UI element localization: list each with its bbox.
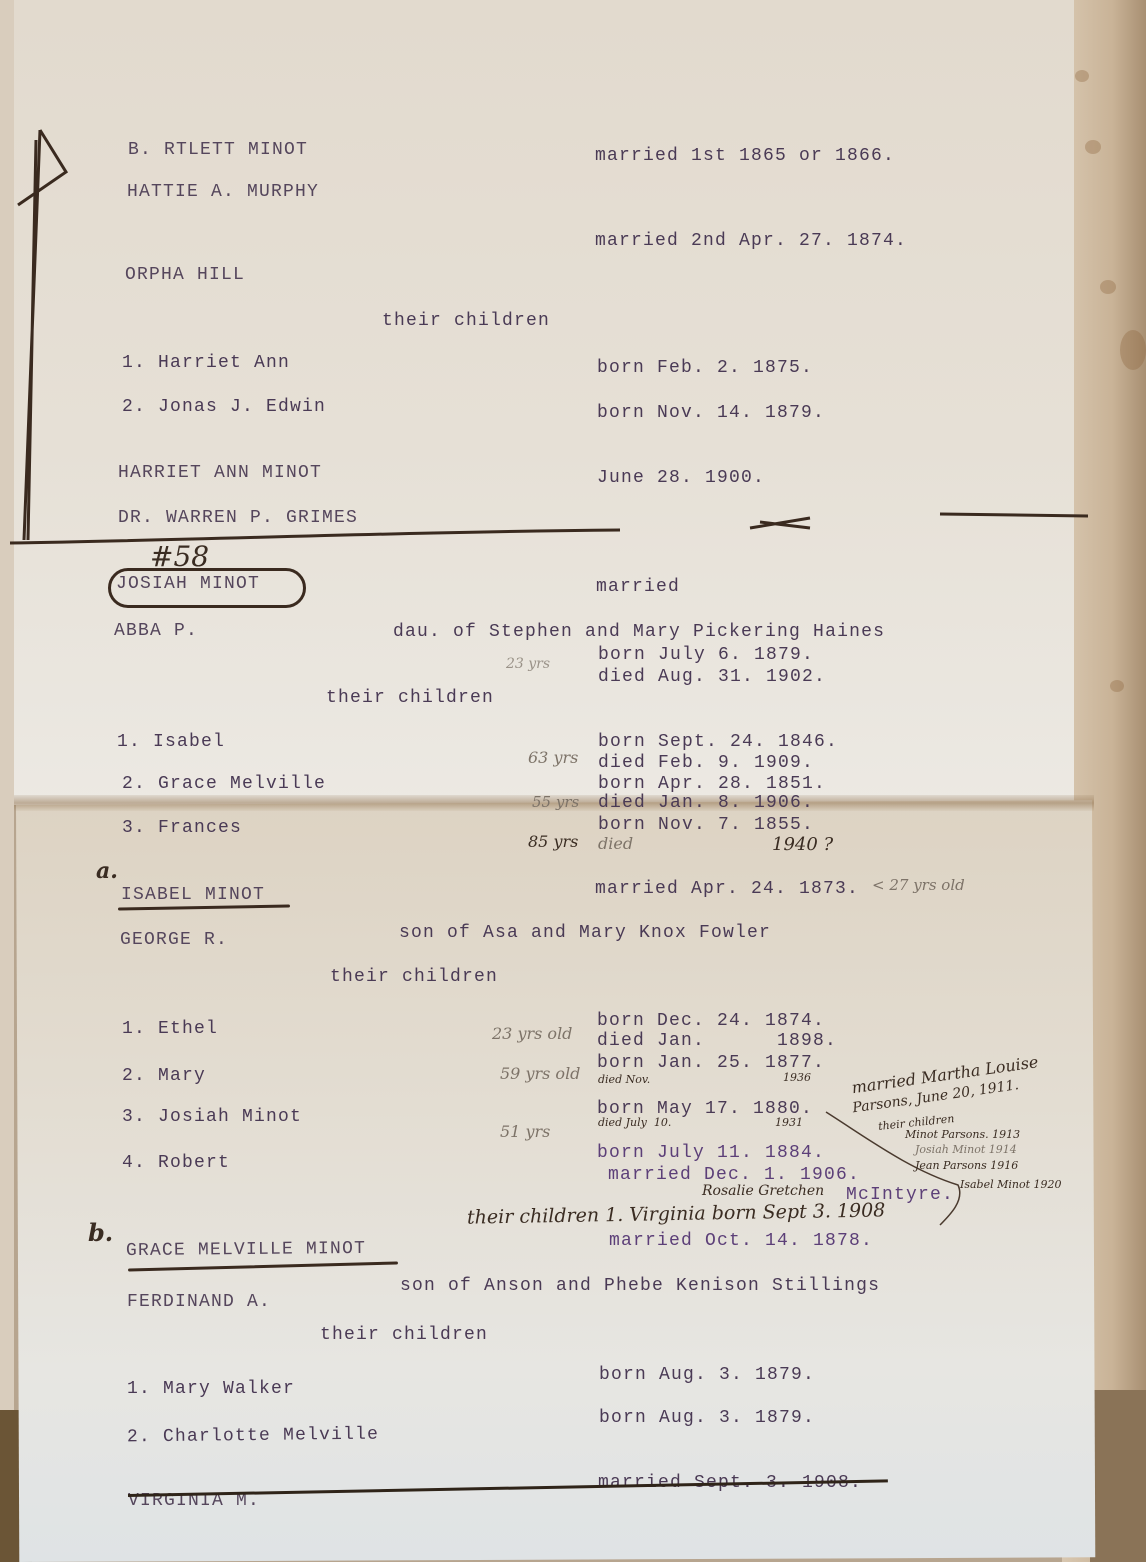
wife-age-note: 23 yrs — [506, 656, 550, 672]
married-date: married Apr. 24. 1873. — [595, 879, 859, 899]
wife-parents: dau. of Stephen and Mary Pickering Haine… — [393, 622, 885, 642]
background-left — [0, 0, 14, 1562]
marriage-date: June 28. 1900. — [597, 468, 765, 488]
child-name: 2. Mary — [122, 1066, 206, 1086]
child-born: born Sept. 24. 1846. — [598, 732, 838, 752]
children-heading: their children — [326, 688, 494, 708]
child-name: 2. Charlotte Melville — [127, 1425, 379, 1448]
background-table — [1090, 1390, 1146, 1562]
child-name: 1. Mary Walker — [127, 1379, 295, 1399]
child-born: born Apr. 28. 1851. — [598, 774, 826, 794]
section-marker: b. — [88, 1218, 113, 1247]
child-died-year: 1940 ? — [772, 834, 833, 855]
stain — [1075, 70, 1089, 82]
child-died: died Jan. 8. 1906. — [598, 793, 814, 813]
child-born: born Aug. 3. 1879. — [599, 1365, 815, 1385]
marriage-bride: HARRIET ANN MINOT — [118, 463, 322, 483]
child-name: 4. Robert — [122, 1153, 230, 1173]
second-marriage-date: married 2nd Apr. 27. 1874. — [595, 231, 907, 251]
note-line: Isabel Minot 1920 — [960, 1178, 1062, 1191]
child-age-note: 23 yrs old — [492, 1024, 572, 1043]
wife-name: ISABEL MINOT — [121, 885, 265, 905]
child-born: born Jan. 25. 1877. — [597, 1053, 825, 1073]
husband-name: GEORGE R. — [120, 930, 228, 950]
child-age-note: 51 yrs — [500, 1122, 550, 1141]
note-line: Minot Parsons. 1913 — [905, 1128, 1020, 1141]
child-name: 1. Isabel — [117, 732, 225, 752]
stain — [1120, 330, 1146, 370]
children-heading: their children — [330, 967, 498, 987]
child-age-note: 85 yrs — [528, 832, 578, 851]
note-line: Josiah Minot 1914 — [915, 1143, 1017, 1156]
child-name: 2. Jonas J. Edwin — [122, 397, 326, 417]
child-dates: born Nov. 14. 1879. — [597, 403, 825, 423]
child-died: died Feb. 9. 1909. — [598, 753, 814, 773]
married-label: married — [596, 577, 680, 597]
marriage-groom: DR. WARREN P. GRIMES — [118, 508, 358, 528]
wife-born: born July 6. 1879. — [598, 645, 814, 665]
child-born: born July 11. 1884. — [597, 1143, 825, 1163]
wife-name: ABBA P. — [114, 621, 198, 641]
note-line: Jean Parsons 1916 — [915, 1159, 1018, 1172]
first-marriage-date: married 1st 1865 or 1866. — [595, 146, 895, 166]
child-age-note: 59 yrs old — [500, 1064, 580, 1083]
child-name: 3. Frances — [122, 818, 242, 838]
child-died-year: 1931 — [775, 1116, 803, 1129]
child-name: 1. Harriet Ann — [122, 353, 290, 373]
child-died-year: 1936 — [783, 1071, 811, 1084]
child-born: born Dec. 24. 1874. — [597, 1011, 825, 1031]
child-died: died Jan. 1898. — [597, 1031, 837, 1051]
child-died: died — [598, 834, 633, 853]
child-died-note: died July 10. — [598, 1116, 671, 1129]
husband-name: B. RTLETT MINOT — [128, 140, 308, 160]
stain — [1085, 140, 1101, 154]
husband-name: JOSIAH MINOT — [116, 574, 260, 594]
child-dates: born Feb. 2. 1875. — [597, 358, 813, 378]
paper-sheet-bottom — [16, 800, 1095, 1562]
section-marker: a. — [96, 858, 118, 884]
husband-name: FERDINAND A. — [127, 1292, 271, 1312]
child-married: married Dec. 1. 1906. — [608, 1165, 860, 1185]
child-name: 2. Grace Melville — [122, 774, 326, 794]
child-born: born Nov. 7. 1855. — [598, 815, 814, 835]
children-heading: their children — [382, 311, 550, 331]
child-name: 1. Ethel — [122, 1019, 218, 1039]
child-name: 3. Josiah Minot — [122, 1107, 302, 1127]
stain — [1110, 680, 1124, 692]
stain — [1100, 280, 1116, 294]
wife-died: died Aug. 31. 1902. — [598, 667, 826, 687]
child-died-note: died Nov. — [598, 1073, 650, 1086]
child-age-note: 63 yrs — [528, 748, 578, 767]
married-date: married Oct. 14. 1878. — [609, 1231, 873, 1251]
husband-parents: son of Asa and Mary Knox Fowler — [399, 923, 771, 943]
wife-name: GRACE MELVILLE MINOT — [126, 1239, 366, 1261]
second-wife-name: ORPHA HILL — [125, 265, 245, 285]
child-spouse-handwritten: Rosalie Gretchen — [702, 1183, 824, 1199]
child-age-note: 55 yrs — [532, 793, 579, 811]
husband-parents: son of Anson and Phebe Kenison Stillings — [400, 1276, 880, 1296]
child-born: born Aug. 3. 1879. — [599, 1408, 815, 1428]
children-heading: their children — [320, 1325, 488, 1345]
first-wife-name: HATTIE A. MURPHY — [127, 182, 319, 202]
married-age-note: < 27 yrs old — [872, 876, 965, 894]
